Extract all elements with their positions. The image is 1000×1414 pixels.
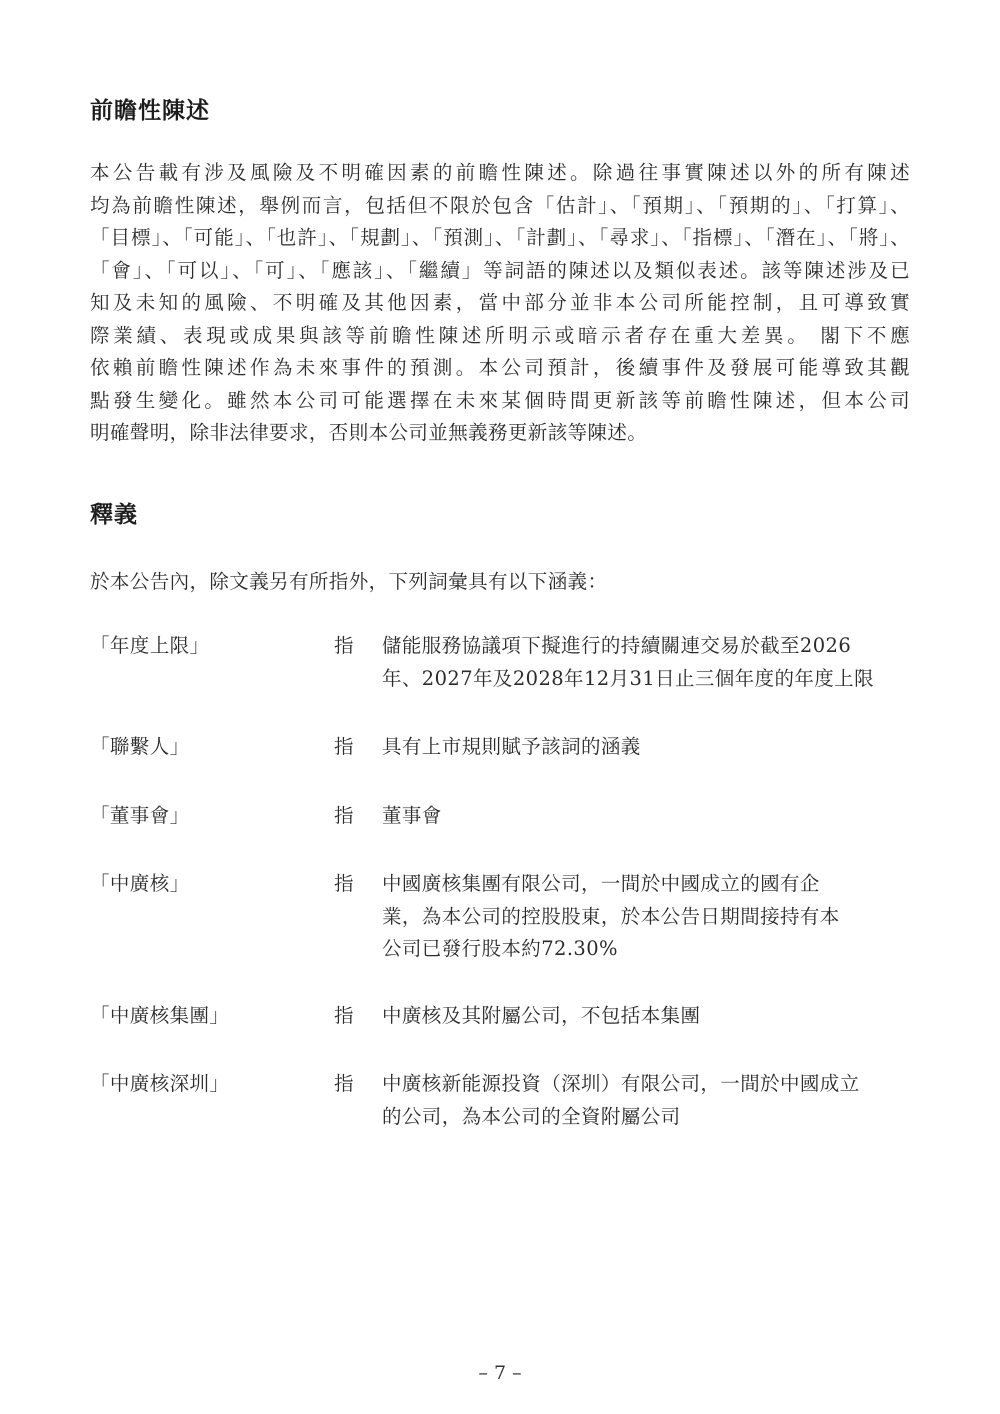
definition-text: 中廣核及其附屬公司，不包括本集團 xyxy=(382,1000,908,1033)
definition-term: 「年度上限」 xyxy=(90,630,209,663)
paragraph-line: 知及未知的風險、不明確及其他因素，當中部分並非本公司所能控制，且可導致實 xyxy=(90,287,910,320)
paragraph-line: 「會」、「可以」、「可」、「應該」、「繼續」等詞語的陳述以及類似表述。該等陳述涉… xyxy=(90,255,910,288)
paragraph-line: 點發生變化。雖然本公司可能選擇在未來某個時間更新該等前瞻性陳述，但本公司 xyxy=(90,385,910,418)
definition-means: 指 xyxy=(334,731,354,764)
document-page: 前瞻性陳述 本公告載有涉及風險及不明確因素的前瞻性陳述。除過往事實陳述以外的所有… xyxy=(0,0,1000,1414)
paragraph-line: 均為前瞻性陳述，舉例而言，包括但不限於包含「估計」、「預期」、「預期的」、「打算… xyxy=(90,190,910,223)
definition-text: 董事會 xyxy=(382,800,908,833)
paragraph-line: 本公告載有涉及風險及不明確因素的前瞻性陳述。除過往事實陳述以外的所有陳述 xyxy=(90,157,910,190)
page-number: – 7 – xyxy=(0,1362,1000,1384)
definition-line: 中國廣核集團有限公司，一間於中國成立的國有企 xyxy=(382,868,908,901)
definition-text: 儲能服務協議項下擬進行的持續關連交易於截至2026 年、2027年及2028年1… xyxy=(382,630,908,695)
definition-line: 董事會 xyxy=(382,800,908,833)
paragraph-line: 際業績、表現或成果與該等前瞻性陳述所明示或暗示者存在重大差異。 閣下不應 xyxy=(90,320,910,353)
definition-term: 「中廣核」 xyxy=(90,868,190,901)
forward-looking-paragraph: 本公告載有涉及風險及不明確因素的前瞻性陳述。除過往事實陳述以外的所有陳述 均為前… xyxy=(90,157,910,450)
definition-means: 指 xyxy=(334,1068,354,1101)
definition-term: 「聯繫人」 xyxy=(90,731,190,764)
definition-line: 具有上市規則賦予該詞的涵義 xyxy=(382,731,908,764)
paragraph-line: 明確聲明，除非法律要求，否則本公司並無義務更新該等陳述。 xyxy=(90,417,910,450)
definition-text: 中國廣核集團有限公司，一間於中國成立的國有企 業，為本公司的控股股東，於本公告日… xyxy=(382,868,908,966)
section-heading-definitions: 釋義 xyxy=(90,496,138,529)
definition-term: 「中廣核深圳」 xyxy=(90,1068,229,1101)
definition-means: 指 xyxy=(334,1000,354,1033)
definition-means: 指 xyxy=(334,630,354,663)
definition-text: 具有上市規則賦予該詞的涵義 xyxy=(382,731,908,764)
definition-term: 「董事會」 xyxy=(90,800,190,833)
definition-line: 年、2027年及2028年12月31日止三個年度的年度上限 xyxy=(382,663,908,696)
definition-term: 「中廣核集團」 xyxy=(90,1000,229,1033)
section-heading-forward-looking: 前瞻性陳述 xyxy=(90,92,210,125)
paragraph-line: 依賴前瞻性陳述作為未來事件的預測。本公司預計，後續事件及發展可能導致其觀 xyxy=(90,352,910,385)
definitions-intro: 於本公告內，除文義另有所指外，下列詞彙具有以下涵義： xyxy=(90,566,607,594)
definition-means: 指 xyxy=(334,868,354,901)
definition-line: 中廣核新能源投資（深圳）有限公司，一間於中國成立 xyxy=(382,1068,908,1101)
definition-text: 中廣核新能源投資（深圳）有限公司，一間於中國成立 的公司，為本公司的全資附屬公司 xyxy=(382,1068,908,1133)
definition-line: 儲能服務協議項下擬進行的持續關連交易於截至2026 xyxy=(382,630,908,663)
definition-line: 的公司，為本公司的全資附屬公司 xyxy=(382,1101,908,1134)
definition-line: 業，為本公司的控股股東，於本公告日期間接持有本 xyxy=(382,901,908,934)
definition-means: 指 xyxy=(334,800,354,833)
paragraph-line: 「目標」、「可能」、「也許」、「規劃」、「預測」、「計劃」、「尋求」、「指標」、… xyxy=(90,222,910,255)
definition-line: 公司已發行股本約72.30% xyxy=(382,933,908,966)
definition-line: 中廣核及其附屬公司，不包括本集團 xyxy=(382,1000,908,1033)
